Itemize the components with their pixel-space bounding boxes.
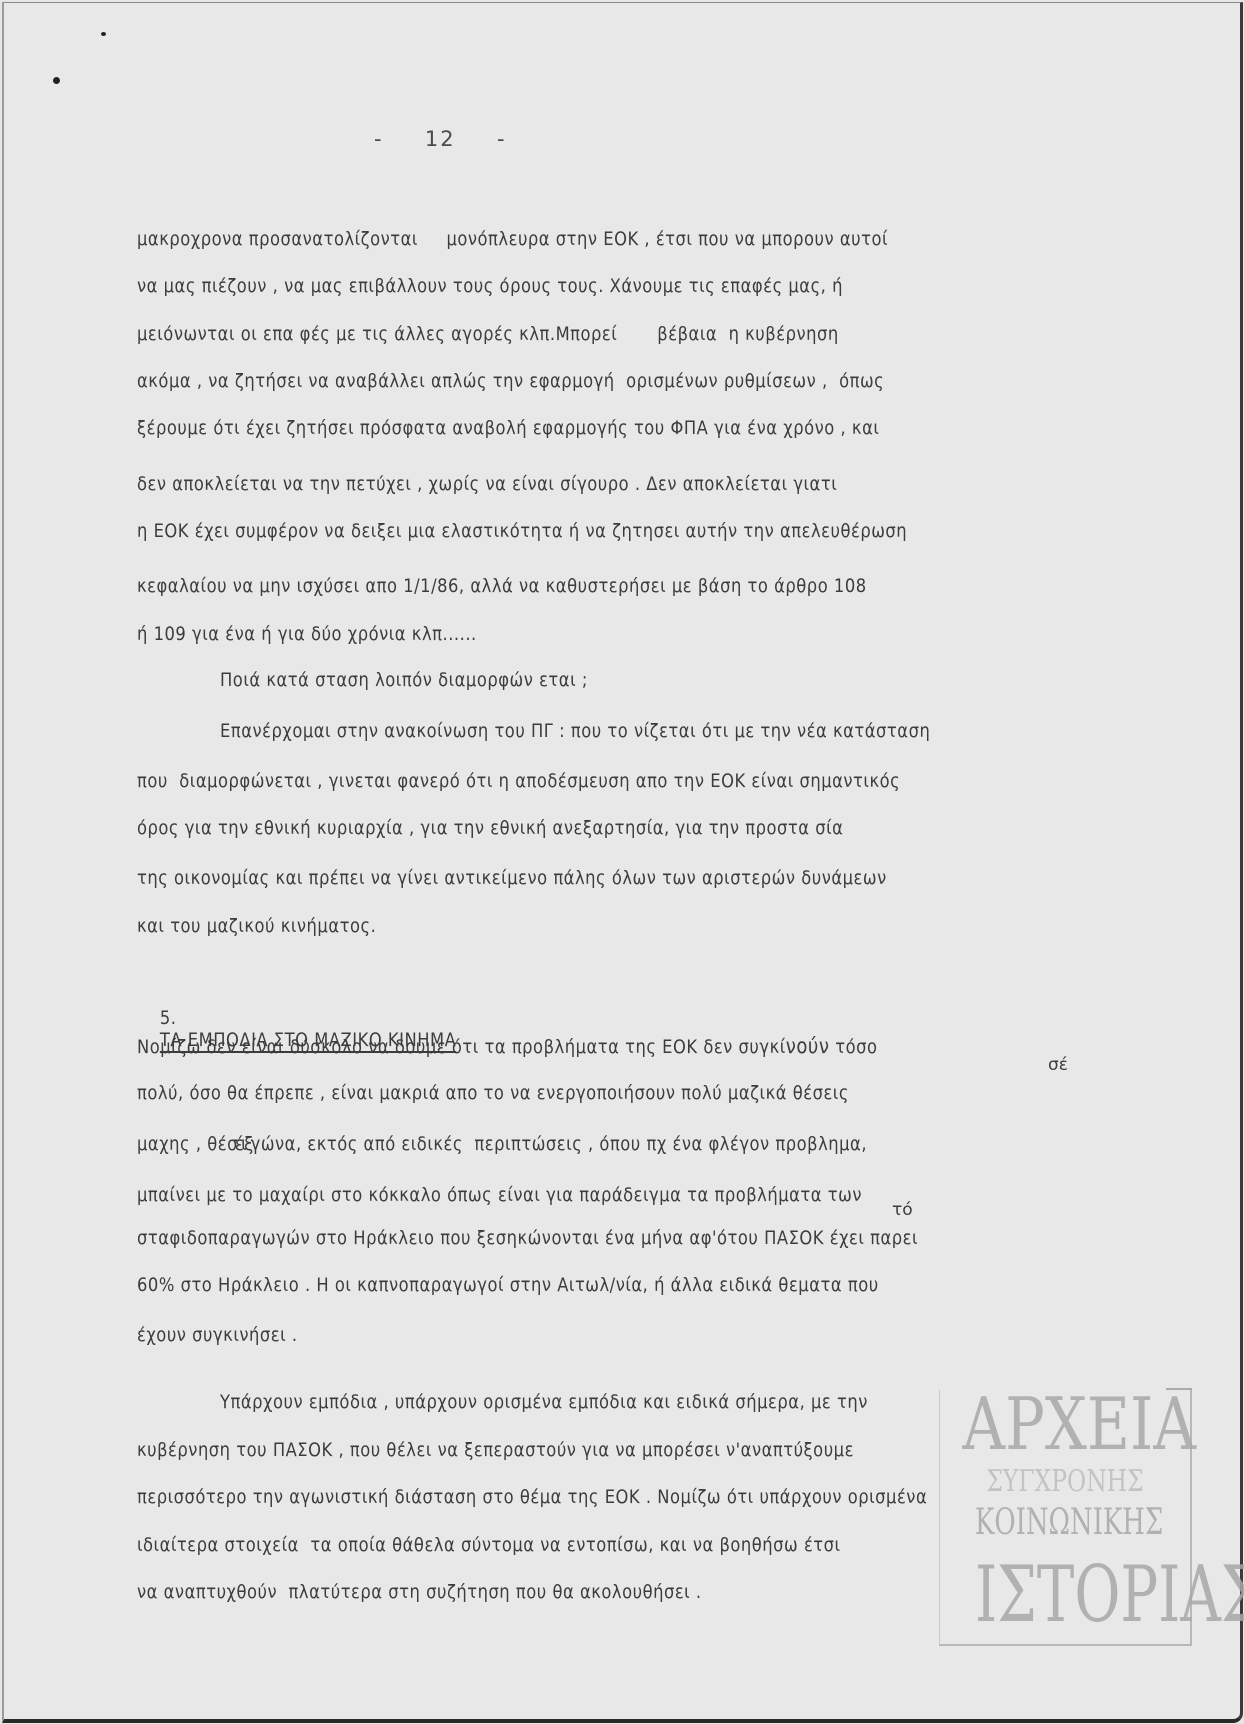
text-line: πολύ, όσο θα έπρεπε , είναι μακριά απο τ…: [137, 1082, 849, 1104]
overtyped-correction: σέιξ: [227, 1133, 251, 1155]
text-line: να αναπτυχθούν πλατύτερα στη συζήτηση πο…: [137, 1581, 702, 1603]
text-segment: μαχης , θέ: [137, 1133, 227, 1155]
text-line: Επανέρχομαι στην ανακοίνωση του ΠΓ : που…: [220, 720, 930, 742]
typed-correction: σέ: [1048, 1055, 1068, 1075]
text-line: μακροχρονα προσανατολίζονται μονόπλευρα …: [137, 228, 888, 250]
text-line: και του μαζικού κινήματος.: [137, 915, 376, 937]
text-line: κυβέρνηση του ΠΑΣΟΚ , που θέλει να ξεπερ…: [137, 1439, 854, 1461]
text-line: μαχης , θέσέιξγώνα, εκτός από ειδικές πε…: [137, 1133, 867, 1155]
text-line: 60% στο Ηράκλειο . Η οι καπνοπαραγωγοί σ…: [137, 1274, 879, 1296]
scanned-document-page: - 12 - μακροχρονα προσανατολίζονται μονό…: [2, 2, 1243, 1723]
text-segment: ΠΑΣΟΚ έχει παρει: [758, 1227, 918, 1249]
text-line: που διαμορφώνεται , γινεται φανερό ότι η…: [137, 770, 900, 792]
text-line: μπαίνει με το μαχαίρι στο κόκκαλο όπως ε…: [137, 1184, 862, 1206]
text-line: η ΕΟΚ έχει συμφέρον να δειξει μια ελαστι…: [137, 520, 907, 542]
watermark-line: ΣΥΓΧΡΟΝΗΣ: [968, 1464, 1163, 1499]
text-segment: τόσο: [830, 1036, 878, 1058]
text-segment: γώνα, εκτός από ειδικές περιπτώσεις , όπ…: [251, 1133, 867, 1155]
text-line: ή 109 για ένα ή για δύο χρόνια κλπ......: [137, 623, 477, 645]
text-line: περισσότερο την αγωνιστική διάσταση στο …: [137, 1486, 927, 1508]
watermark-line: ΚΟΙΝΩΝΙΚΗΣ: [975, 1502, 1155, 1543]
text-line: ακόμα , να ζητήσει να αναβάλλει απλώς τη…: [137, 370, 884, 392]
text-line: κεφαλαίου να μην ισχύσει απο 1/1/86, αλλ…: [137, 575, 867, 597]
text-line: ξέρουμε ότι έχει ζητήσει πρόσφατα αναβολ…: [137, 417, 879, 439]
text-line: Ποιά κατά σταση λοιπόν διαμορφών εται ;: [220, 669, 588, 691]
section-heading: 5. ΤΑ ΕΜΠΟΔΙΑ ΣΤΟ ΜΑΖΙΚΟ ΚΙΝΗΜΑ: [137, 985, 456, 1073]
text-line: δεν αποκλείεται να την πετύχει , χωρίς ν…: [137, 473, 837, 495]
text-segment: Νομίζω δεν είναι δύσκολο να δουμε ότι τα…: [137, 1036, 786, 1058]
typed-correction: νούν: [786, 1034, 830, 1058]
text-line: Νομίζω δεν είναι δύσκολο να δουμε ότι τα…: [137, 1034, 877, 1058]
text-line: να μας πιέζουν , να μας επιβάλλουν τους …: [137, 275, 843, 297]
section-number: 5.: [160, 1007, 177, 1029]
scan-speck: [101, 32, 106, 36]
text-line: της οικονομίας και πρέπει να γίνει αντικ…: [137, 867, 887, 889]
text-line: σταφιδοπαραγωγών στο Ηράκλειο που ξεσηκώ…: [137, 1227, 918, 1249]
watermark-line: ΑΡΧΕΙΑ: [963, 1382, 1168, 1466]
text-line: Υπάρχουν εμπόδια , υπάρχουν ορισμένα εμπ…: [220, 1391, 868, 1413]
watermark-rule: [1166, 1388, 1192, 1390]
archive-watermark: ΑΡΧΕΙΑ ΣΥΓΧΡΟΝΗΣ ΚΟΙΝΩΝΙΚΗΣ ΙΣΤΟΡΙΑΣ: [939, 1390, 1192, 1646]
watermark-line: ΙΣΤΟΡΙΑΣ: [975, 1550, 1155, 1640]
scan-speck: [53, 77, 60, 84]
text-segment: σταφιδοπαραγωγών στο Ηράκλειο που ξεσηκώ…: [137, 1227, 758, 1249]
text-line: όρος για την εθνική κυριαρχία , για την …: [137, 817, 843, 839]
text-line: ιδιαίτερα στοιχεία τα οποία θάθελα σύντο…: [137, 1534, 841, 1556]
page-number: - 12 -: [374, 127, 507, 151]
text-line: έχουν συγκινήσει .: [137, 1324, 298, 1346]
typed-correction: τό: [892, 1200, 913, 1220]
text-line: μειόνωνται οι επα φές με τις άλλες αγορέ…: [137, 323, 839, 345]
